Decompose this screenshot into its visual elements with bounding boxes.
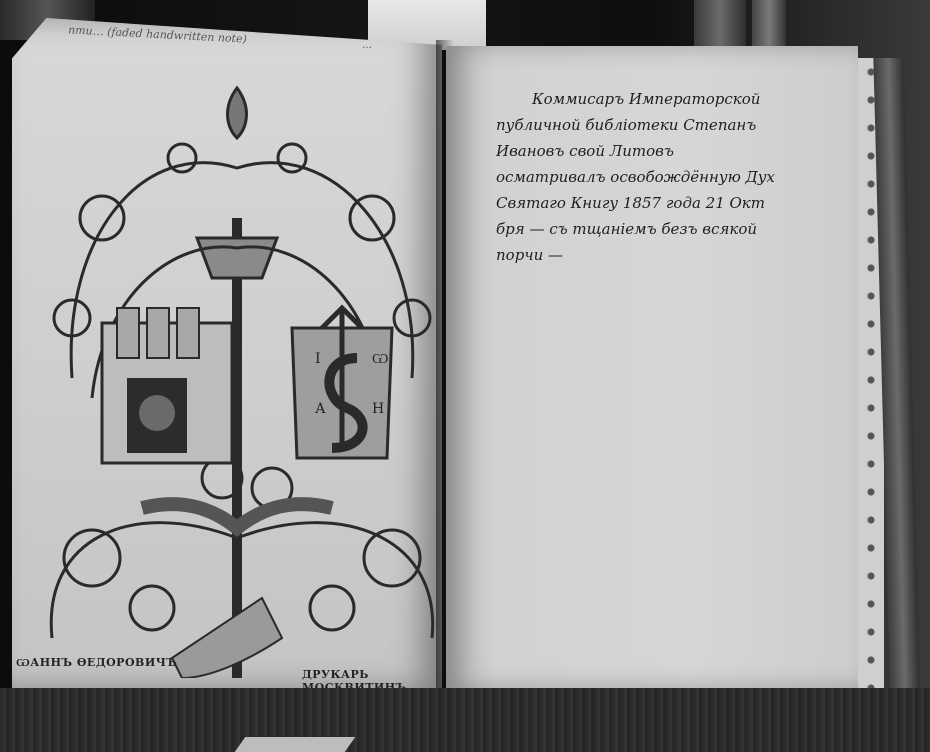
handwritten-inscription: Коммисаръ Императорской публичной библіо… (496, 86, 846, 268)
inscription-line: порчи — (496, 242, 846, 268)
inscription-line: Святаго Книгу 1857 года 21 Окт (496, 190, 846, 216)
inscription-line: Коммисаръ Императорской (496, 86, 846, 112)
photo-scene: пmu… (faded handwritten note) … (0, 0, 930, 752)
inscription-line: бря — съ тщаніемъ безъ всякой (496, 216, 846, 242)
corner-note: … (362, 40, 372, 51)
inscription-line: публичной библіотеки Степанъ (496, 112, 846, 138)
svg-text:А: А (315, 401, 326, 417)
svg-text:І: І (315, 351, 321, 367)
woodcut-engraving: І Ѡ А Н (32, 78, 452, 678)
table-surface (0, 688, 930, 752)
left-page: пmu… (faded handwritten note) … (12, 18, 442, 690)
inscription-line: осматривалъ освобождённую Дух (496, 164, 846, 190)
right-page: Коммисаръ Императорской публичной библіо… (446, 46, 858, 688)
printer-caption-left: ѠАННЪ ѲЕДОРОВИЧЪ (16, 656, 177, 669)
paper-slip (235, 737, 356, 752)
monogram-shield: І Ѡ А Н (292, 308, 392, 458)
inscription-line: Ивановъ свой Литовъ (496, 138, 846, 164)
svg-text:Ѡ: Ѡ (372, 351, 388, 367)
svg-text:Н: Н (372, 401, 384, 417)
fortress-shield (102, 308, 232, 463)
